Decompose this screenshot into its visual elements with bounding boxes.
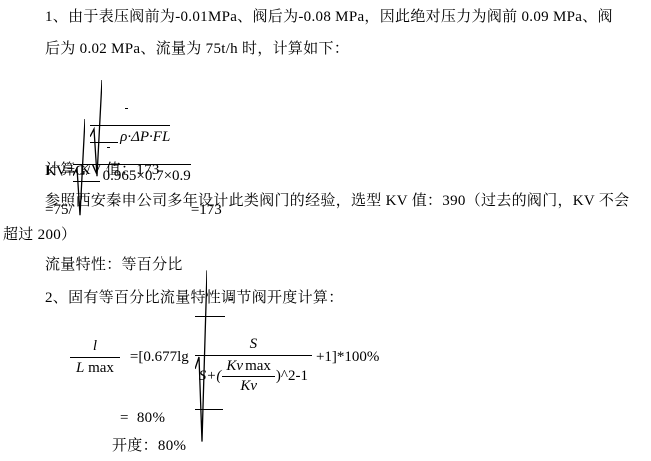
nested-numerator-label: max: [245, 358, 271, 374]
para2-line2: 超过 200）: [3, 226, 76, 244]
flow-characteristic-line: 流量特性：等百分比: [45, 256, 183, 274]
lhs-denominator: L max: [70, 357, 120, 377]
root-numerator: S: [246, 336, 262, 355]
opening-line: 开度：80%: [112, 437, 186, 455]
sqrt-group-large: S S+( Kvmax Kv )^2-1: [195, 268, 312, 446]
lhs-numerator: l: [87, 338, 103, 357]
document-page: 1、由于表压阀前为-0.01MPa、阀后为-0.08 MPa，因此绝对压力为阀前…: [0, 0, 651, 461]
nested-numerator-var: Kv: [226, 358, 243, 374]
opening-formula: l L max =[0.677lg S S+( Kvmax Kv )^2-1: [70, 324, 379, 390]
lhs-fraction: l L max: [70, 338, 120, 377]
lhs-denominator-label: max: [84, 360, 114, 376]
nested-denominator: Kv: [240, 377, 257, 395]
nested-numerator: Kvmax: [222, 358, 275, 377]
nested-fraction: Kvmax Kv: [222, 358, 275, 395]
result-line: = 80%: [120, 409, 165, 427]
radical-sign-icon: [195, 268, 207, 446]
root-denominator: S+( Kvmax Kv )^2-1: [195, 355, 312, 395]
formula-suffix: +1]*100%: [316, 349, 379, 366]
root-fraction: S S+( Kvmax Kv )^2-1: [195, 336, 312, 395]
para2-line1: 参照西安秦申公司多年设计此类阀门的经验，选型 KV 值：390（过去的阀门，KV…: [45, 192, 629, 210]
para1-line1: 1、由于表压阀前为-0.01MPa、阀后为-0.08 MPa，因此绝对压力为阀前…: [45, 8, 613, 26]
root-den-suffix: )^2-1: [276, 368, 308, 385]
equals-prefix: =[0.677lg: [130, 349, 189, 366]
kv-value-line: 计算 KV 值：173: [45, 161, 160, 179]
para1-line2: 后为 0.02 MPa、流量为 75t/h 时，计算如下：: [45, 40, 349, 58]
